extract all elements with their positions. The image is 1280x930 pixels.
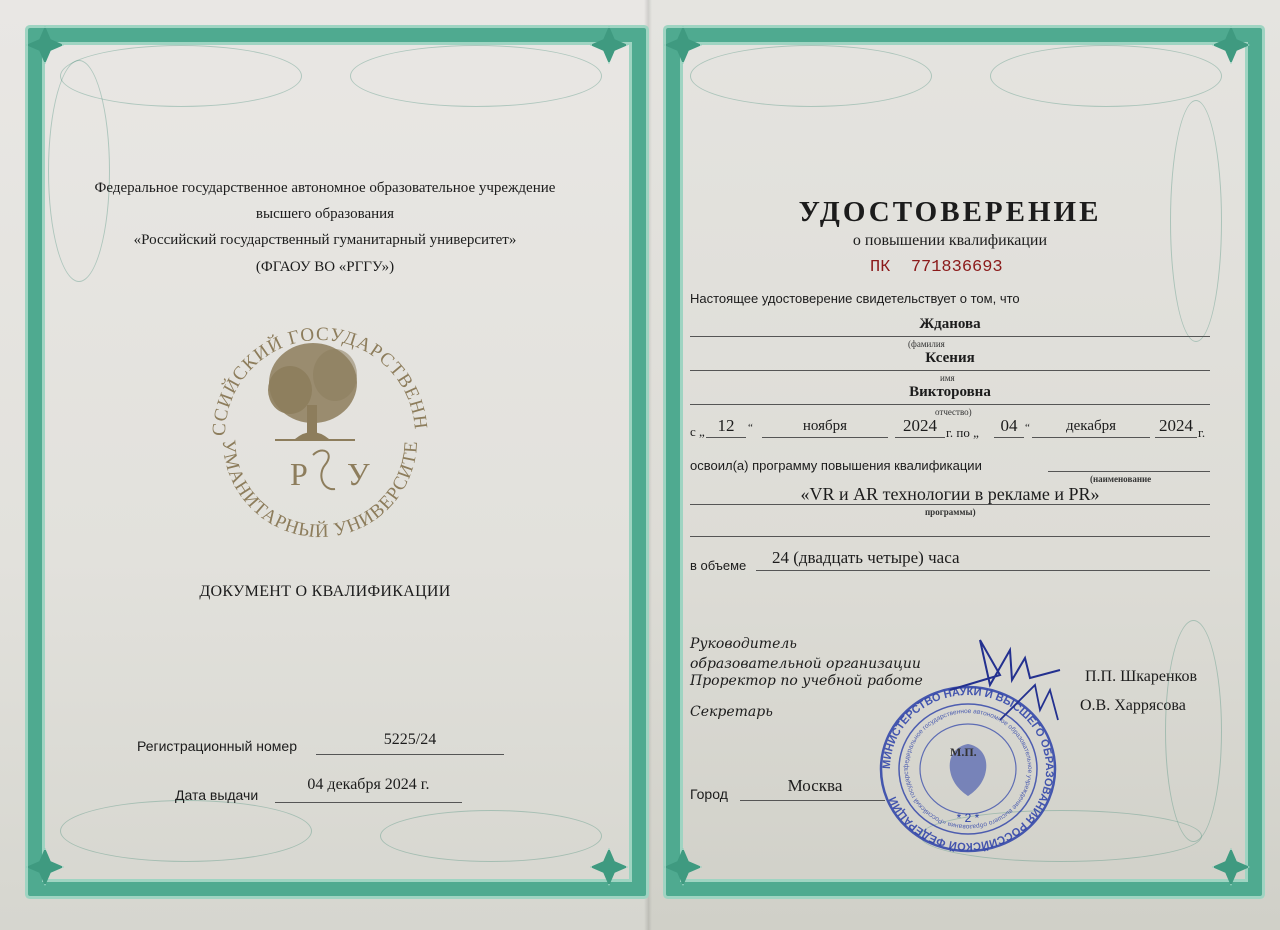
document-type-heading: ДОКУМЕНТ О КВАЛИФИКАЦИИ: [60, 583, 590, 601]
head-label-1: Руководитель: [690, 636, 797, 652]
to-month-underline: [1032, 437, 1150, 438]
from-day-underline: [706, 437, 746, 438]
program-label: освоил(а) программу повышения квалификац…: [690, 458, 982, 473]
guilloche-pattern: [1165, 620, 1222, 842]
institution-line-3: «Российский государственный гуманитарный…: [60, 232, 590, 249]
guilloche-pattern: [60, 800, 312, 862]
handwritten-signature: [940, 630, 1070, 730]
university-emblem: РОССИЙСКИЙ ГОСУДАРСТВЕННЫЙ ГУМАНИТАРНЫЙ …: [195, 295, 445, 545]
program-underline: [690, 504, 1210, 505]
quote-close: “: [748, 422, 753, 434]
quote-close-2: “: [1025, 422, 1030, 434]
city-label: Город: [690, 786, 728, 802]
institution-line-2: высшего образования: [60, 206, 590, 223]
stamp-center-mark: * 2 *: [957, 811, 980, 825]
period-from-month: ноября: [762, 418, 888, 435]
stamp-place-mark: М.П.: [950, 745, 977, 759]
surname-caption: (фамилия: [908, 339, 945, 349]
period-from-prefix: с „: [690, 424, 705, 440]
head-label-2: образовательной организации: [690, 656, 921, 672]
certificate-number-value: 771836693: [911, 258, 1003, 277]
patronymic-underline: [690, 404, 1210, 405]
patronymic-value: Викторовна: [690, 384, 1210, 401]
certificate-subtitle: о повышении квалификации: [690, 232, 1210, 250]
guilloche-pattern: [380, 810, 602, 862]
emblem-monogram-u: У: [347, 456, 370, 492]
issue-date-underline: [275, 802, 462, 803]
surname-value: Жданова: [690, 316, 1210, 333]
program-caption-top: (наименование: [1090, 474, 1151, 484]
secretary-name: О.В. Харрясова: [1080, 697, 1186, 715]
name-caption: имя: [940, 373, 955, 383]
period-to-day: 04: [994, 416, 1024, 436]
head-name: П.П. Шкаренков: [1085, 668, 1197, 686]
intro-text: Настоящее удостоверение свидетельствует …: [690, 291, 1020, 306]
program-caption-bottom: программы): [925, 507, 976, 517]
period-from-day: 12: [706, 416, 746, 436]
certificate-number: ПК 771836693: [870, 258, 1003, 277]
period-to-prefix: г. по „: [946, 425, 979, 441]
city-underline: [740, 800, 885, 801]
from-month-underline: [762, 437, 888, 438]
institution-line-1: Федеральное государственное автономное о…: [60, 180, 590, 197]
city-value: Москва: [760, 776, 870, 796]
secretary-label: Секретарь: [690, 704, 773, 720]
guilloche-pattern: [350, 45, 602, 107]
issue-date-label: Дата выдачи: [175, 787, 258, 803]
issue-date-value: 04 декабря 2024 г.: [275, 776, 462, 794]
program-label-underline: [1048, 471, 1210, 472]
program-name: «VR и AR технологии в рекламе и PR»: [690, 484, 1210, 505]
period-year-suffix: г.: [1198, 425, 1205, 441]
name-underline: [690, 370, 1210, 371]
volume-underline: [756, 570, 1210, 571]
period-from-year: 2024: [895, 416, 945, 436]
program-underline-2: [690, 536, 1210, 537]
guilloche-pattern: [690, 45, 932, 107]
registration-value: 5225/24: [316, 731, 504, 749]
to-day-underline: [994, 437, 1024, 438]
institution-line-4: (ФГАОУ ВО «РГГУ»): [60, 259, 590, 276]
oak-tree-icon: [268, 343, 357, 441]
registration-underline: [316, 754, 504, 755]
emblem-monogram-p: Р: [290, 456, 308, 492]
to-year-underline: [1155, 437, 1197, 438]
period-to-year: 2024: [1155, 416, 1197, 436]
volume-label: в объеме: [690, 558, 746, 573]
guilloche-pattern: [990, 45, 1222, 107]
name-value: Ксения: [690, 350, 1210, 367]
surname-underline: [690, 336, 1210, 337]
period-to-month: декабря: [1032, 418, 1150, 435]
from-year-underline: [895, 437, 945, 438]
certificate-title: УДОСТОВЕРЕНИЕ: [690, 196, 1210, 229]
volume-value: 24 (двадцать четыре) часа: [772, 548, 960, 568]
registration-label: Регистрационный номер: [137, 738, 297, 754]
certificate-series: ПК: [870, 258, 890, 277]
